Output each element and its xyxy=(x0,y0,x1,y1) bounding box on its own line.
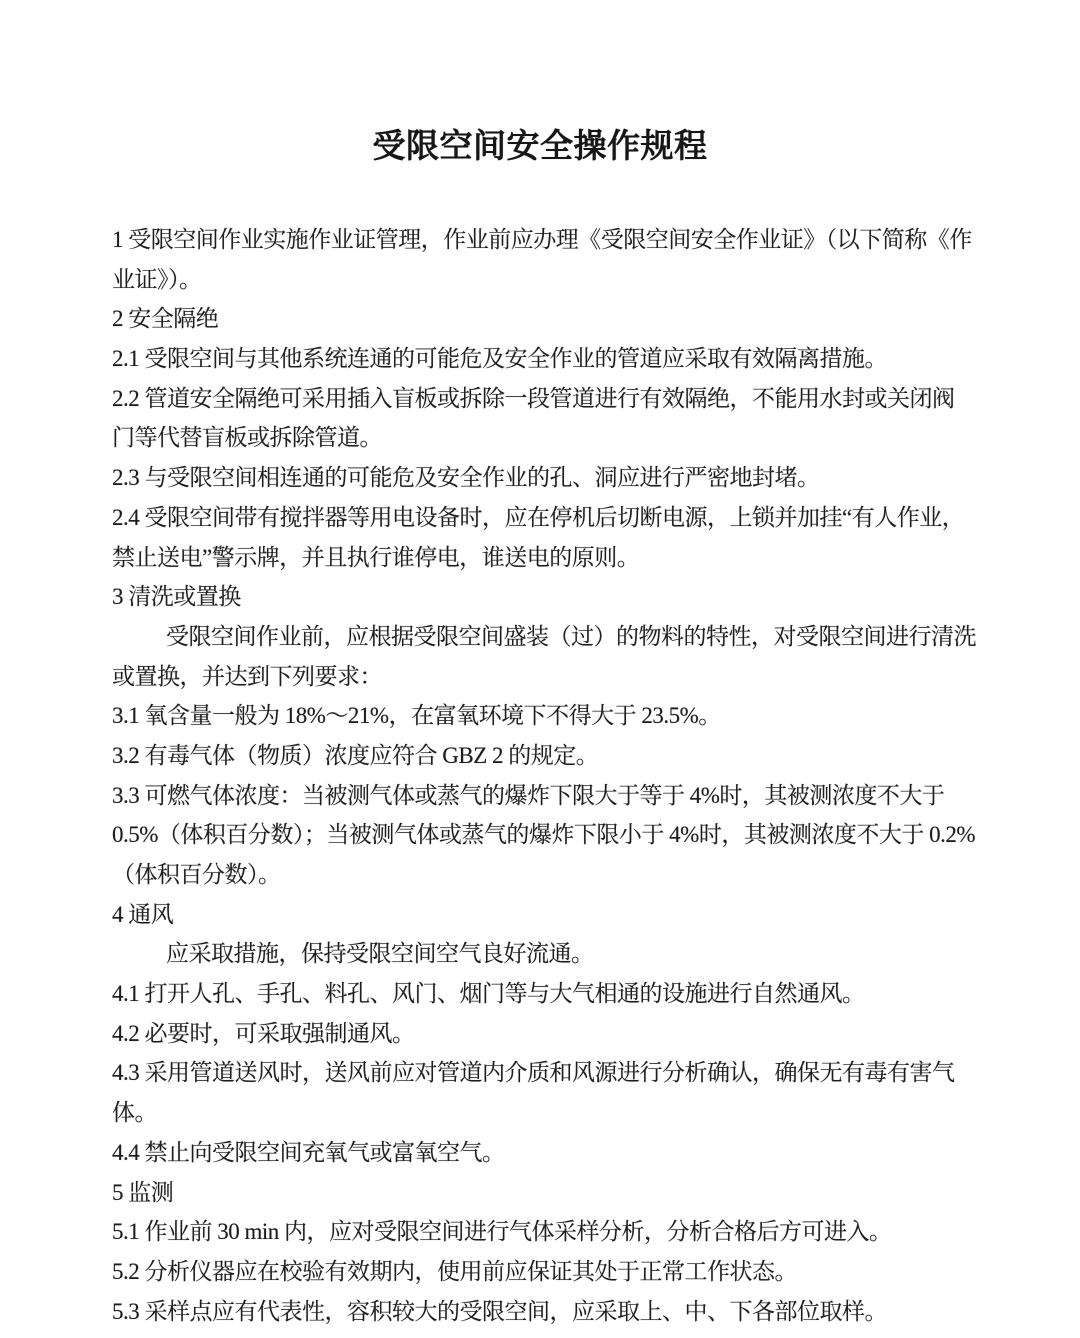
clause-3-3-line-2: 0.5%（体积百分数）；当被测气体或蒸气的爆炸下限小于 4%时，其被测浓度不大于… xyxy=(112,815,1050,855)
clause-1-line-1: 1 受限空间作业实施作业证管理，作业前应办理《受限空间安全作业证》（以下简称《作 xyxy=(112,220,1050,260)
clause-4-4: 4.4 禁止向受限空间充氧气或富氧空气。 xyxy=(112,1133,1050,1173)
clause-3-2: 3.2 有毒气体（物质）浓度应符合 GBZ 2 的规定。 xyxy=(112,736,1050,776)
heading-2: 2 安全隔绝 xyxy=(112,299,1050,339)
clause-2-3: 2.3 与受限空间相连通的可能危及安全作业的孔、洞应进行严密地封堵。 xyxy=(112,458,1050,498)
clause-4-3-line-2: 体。 xyxy=(112,1093,1050,1133)
para-3-intro-line-2: 或置换，并达到下列要求： xyxy=(112,657,1050,697)
clause-2-4-line-1: 2.4 受限空间带有搅拌器等用电设备时，应在停机后切断电源，上锁并加挂“有人作业… xyxy=(112,498,1050,538)
clause-4-2: 4.2 必要时，可采取强制通风。 xyxy=(112,1014,1050,1054)
clause-5-1: 5.1 作业前 30 min 内，应对受限空间进行气体采样分析，分析合格后方可进… xyxy=(112,1212,1050,1252)
clause-4-1: 4.1 打开人孔、手孔、料孔、风门、烟门等与大气相通的设施进行自然通风。 xyxy=(112,974,1050,1014)
clause-3-3-line-3: （体积百分数）。 xyxy=(112,855,1050,895)
clause-5-2: 5.2 分析仪器应在校验有效期内，使用前应保证其处于正常工作状态。 xyxy=(112,1252,1050,1292)
clause-2-1: 2.1 受限空间与其他系统连通的可能危及安全作业的管道应采取有效隔离措施。 xyxy=(112,339,1050,379)
clause-5-3: 5.3 采样点应有代表性，容积较大的受限空间，应采取上、中、下各部位取样。 xyxy=(112,1292,1050,1332)
heading-4: 4 通风 xyxy=(112,895,1050,935)
clause-2-4-line-2: 禁止送电”警示牌，并且执行谁停电，谁送电的原则。 xyxy=(112,538,1050,578)
clause-3-1: 3.1 氧含量一般为 18%～21%，在富氧环境下不得大于 23.5%。 xyxy=(112,696,1050,736)
para-4-intro: 应采取措施，保持受限空间空气良好流通。 xyxy=(112,934,1050,974)
clause-4-3-line-1: 4.3 采用管道送风时，送风前应对管道内介质和风源进行分析确认，确保无有毒有害气 xyxy=(112,1053,1050,1093)
clause-2-2-line-1: 2.2 管道安全隔绝可采用插入盲板或拆除一段管道进行有效隔绝，不能用水封或关闭阀 xyxy=(112,379,1050,419)
clause-1-line-2: 业证》）。 xyxy=(112,260,1050,300)
page-title: 受限空间安全操作规程 xyxy=(0,0,1080,168)
heading-5: 5 监测 xyxy=(112,1173,1050,1213)
para-3-intro-line-1: 受限空间作业前，应根据受限空间盛装（过）的物料的特性，对受限空间进行清洗 xyxy=(112,617,1050,657)
clause-3-3-line-1: 3.3 可燃气体浓度：当被测气体或蒸气的爆炸下限大于等于 4%时，其被测浓度不大… xyxy=(112,776,1050,816)
clause-2-2-line-2: 门等代替盲板或拆除管道。 xyxy=(112,418,1050,458)
document-body: 1 受限空间作业实施作业证管理，作业前应办理《受限空间安全作业证》（以下简称《作… xyxy=(0,220,1080,1331)
heading-3: 3 清洗或置换 xyxy=(112,577,1050,617)
document-page: 受限空间安全操作规程 1 受限空间作业实施作业证管理，作业前应办理《受限空间安全… xyxy=(0,0,1080,1338)
